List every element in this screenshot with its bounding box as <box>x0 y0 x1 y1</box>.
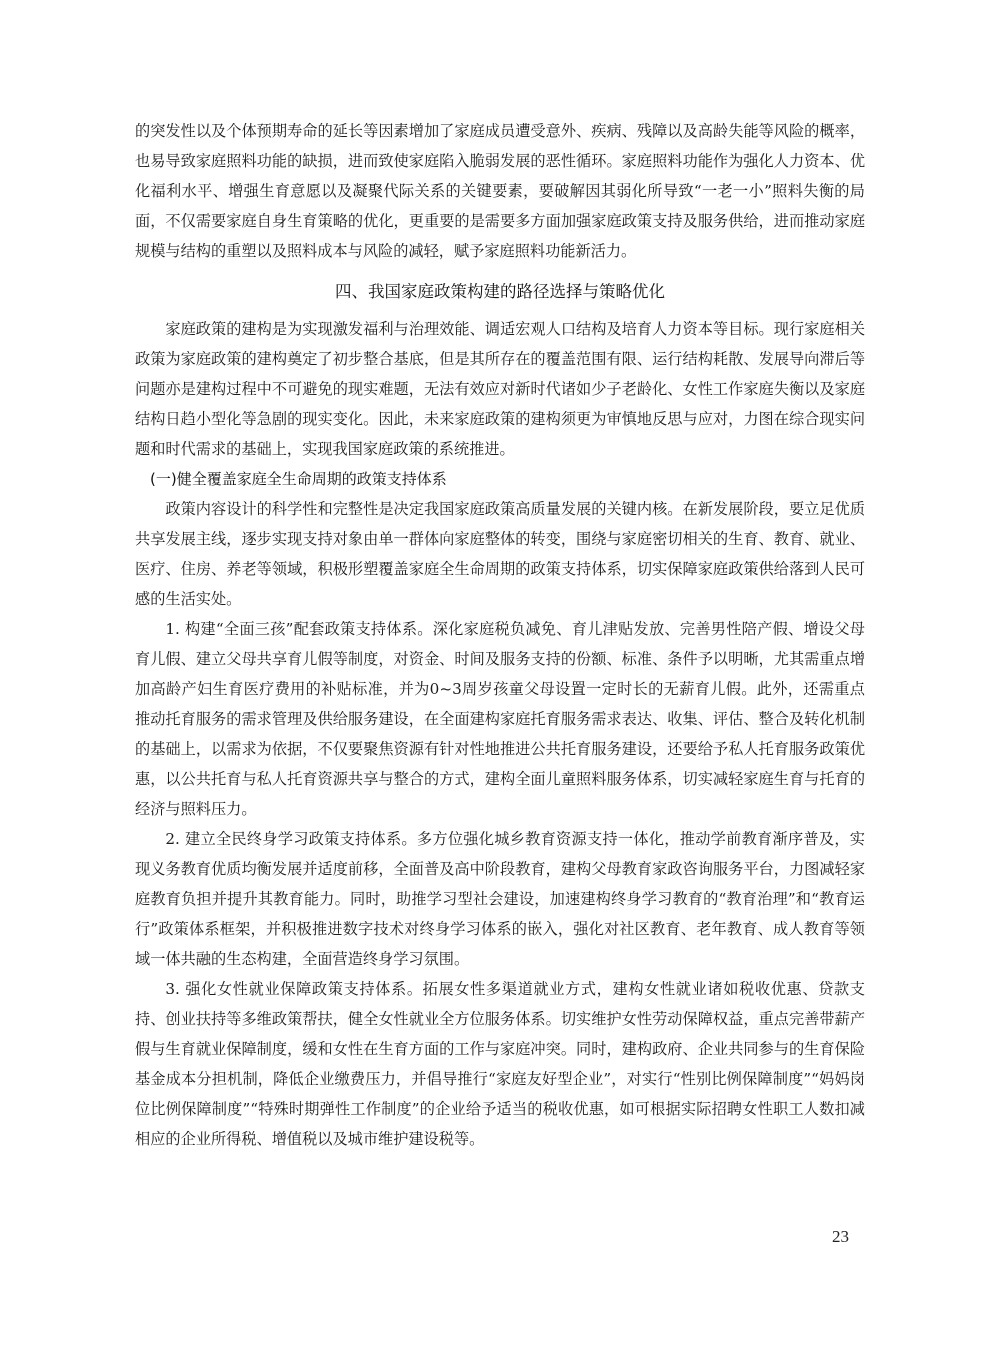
paragraph-intro: 家庭政策的建构是为实现激发福利与治理效能、调适宏观人口结构及培育人力资本等目标。… <box>135 314 865 464</box>
section-heading: 四、我国家庭政策构建的路径选择与策略优化 <box>135 277 865 307</box>
paragraph-item-1: 1. 构建“全面三孩”配套政策支持体系。深化家庭税负减免、育儿津贴发放、完善男性… <box>135 614 865 824</box>
paragraph-item-3: 3. 强化女性就业保障政策支持体系。拓展女性多渠道就业方式，建构女性就业诸如税收… <box>135 974 865 1154</box>
paragraph-policy-design: 政策内容设计的科学性和完整性是决定我国家庭政策高质量发展的关键内核。在新发展阶段… <box>135 494 865 614</box>
page-number: 23 <box>832 1227 849 1247</box>
page-body: 的突发性以及个体预期寿命的延长等因素增加了家庭成员遭受意外、疾病、残障以及高龄失… <box>135 116 865 1154</box>
paragraph-item-2: 2. 建立全民终身学习政策支持体系。多方位强化城乡教育资源支持一体化，推动学前教… <box>135 824 865 974</box>
paragraph-continued: 的突发性以及个体预期寿命的延长等因素增加了家庭成员遭受意外、疾病、残障以及高龄失… <box>135 116 865 266</box>
subsection-heading: (一)健全覆盖家庭全生命周期的政策支持体系 <box>135 464 865 494</box>
